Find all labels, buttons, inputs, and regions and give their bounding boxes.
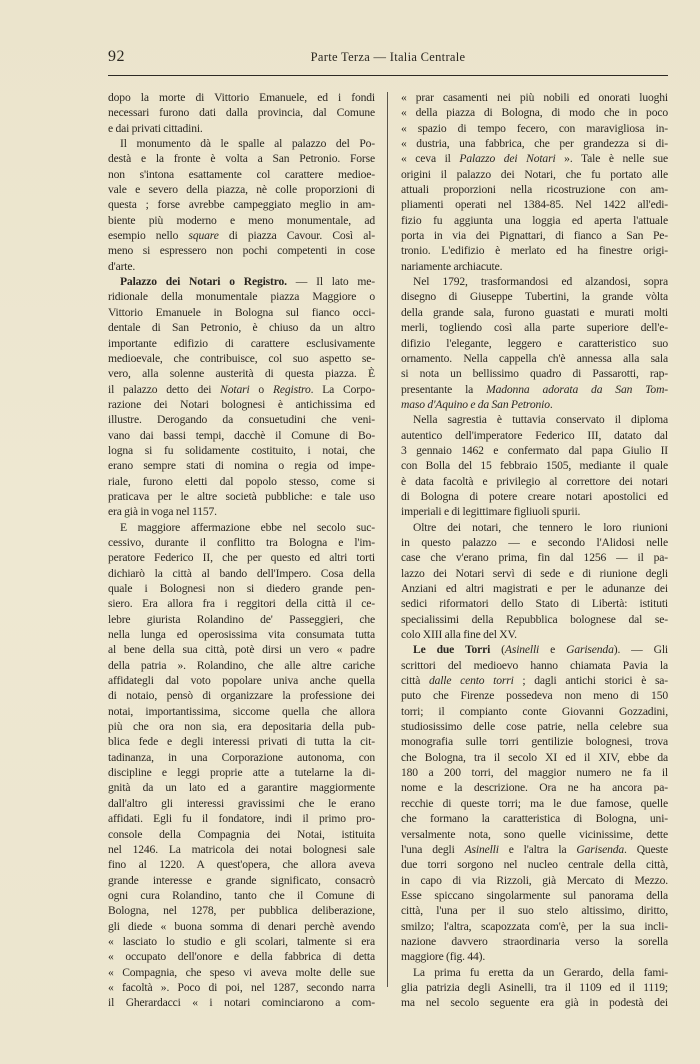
text-line: ornamento. Nella cappella ch'è annessa a… bbox=[401, 351, 668, 366]
text-line: città, l'una per il suo stelo altissimo,… bbox=[401, 903, 668, 918]
text-line: praticava per le altre società pubbliche… bbox=[108, 489, 375, 504]
text-line: è data facoltà e privilegio al correttor… bbox=[401, 474, 668, 489]
text-line: console della Compagnia dei Notai, istit… bbox=[108, 827, 375, 842]
text-line: Le due Torri (Asinelli e Garisenda). — G… bbox=[401, 642, 668, 657]
text-line: La prima fu eretta da un Gerardo, della … bbox=[401, 965, 668, 980]
text-line: recchie di queste torri; ma le due famos… bbox=[401, 796, 668, 811]
text-line: logna si fu solidamente costituito, i no… bbox=[108, 443, 375, 458]
text-line: affidati. Egli fu il fondatore, indi il … bbox=[108, 811, 375, 826]
text-line: Esse spiccano singolarmente sul panorama… bbox=[401, 888, 668, 903]
text-line: peratore Federico II, che per questo ed … bbox=[108, 550, 375, 565]
text-line: nella lunga ed operosissima vita consuma… bbox=[108, 627, 375, 642]
text-line: « Compagnia, che speso vi aveva molte de… bbox=[108, 965, 375, 980]
text-line: due torri sorgono nel nucleo centrale de… bbox=[401, 857, 668, 872]
text-line: maggiore (fig. 44). bbox=[401, 949, 668, 964]
header-rule bbox=[108, 75, 668, 76]
text-line: porta in via dei Pignattari, di fianco a… bbox=[401, 228, 668, 243]
text-line: grande interesse e grande significato, c… bbox=[108, 873, 375, 888]
text-line: città dalle cento torri ; dagli antichi … bbox=[401, 673, 668, 688]
left-column: dopo la morte di Vittorio Emanuele, ed i… bbox=[108, 90, 375, 1011]
text-line: « prar casamenti nei più nobili ed onora… bbox=[401, 90, 668, 105]
text-line: meno si espressero non pochi competenti … bbox=[108, 243, 375, 258]
text-line: dentale di San Petronio, è chiuso da un … bbox=[108, 320, 375, 335]
text-line: nazione davvero straordinaria verso la s… bbox=[401, 934, 668, 949]
text-line: disegno di Giuseppe Tubertini, la grande… bbox=[401, 289, 668, 304]
text-line: fino al 1220. A quest'opera, che allora … bbox=[108, 857, 375, 872]
text-line: cessivo, durante il conflitto tra Bologn… bbox=[108, 535, 375, 550]
text-line: di Bologna di potere creare notari apost… bbox=[401, 489, 668, 504]
text-line: « occupato dell'onore e della fabbrica d… bbox=[108, 949, 375, 964]
text-line: quale i Bolognesi non si diedero grande … bbox=[108, 581, 375, 596]
text-line: pliamenti operati nel 1384-85. Nel 1422 … bbox=[401, 197, 668, 212]
text-line: erano sempre stati di nomina o regia od … bbox=[108, 458, 375, 473]
text-line: difizio l'elegante, leggero e caratteris… bbox=[401, 336, 668, 351]
text-line: Palazzo dei Notari o Registro. — Il lato… bbox=[108, 274, 375, 289]
text-line: importante edifizio di carattere esclusi… bbox=[108, 336, 375, 351]
text-line: E maggiore affermazione ebbe nel secolo … bbox=[108, 520, 375, 535]
text-line: gnità da un lato ed a garantire maggiorm… bbox=[108, 780, 375, 795]
text-line: puto che Firenze possedeva non meno di 1… bbox=[401, 688, 668, 703]
text-line: discipline e leggi proprie atte a tutela… bbox=[108, 765, 375, 780]
text-line: affidategli dal voto popolare univa anch… bbox=[108, 673, 375, 688]
text-line: scrittori del medioevo hanno chiamata Pa… bbox=[401, 658, 668, 673]
text-line: in questo palazzo — e secondo l'Alidosi … bbox=[401, 535, 668, 550]
running-header: 92 Parte Terza — Italia Centrale bbox=[108, 48, 668, 70]
text-line: lazzo dei Notari servì di sede e di riun… bbox=[401, 566, 668, 581]
text-line: destà e la fronte è volta a San Petronio… bbox=[108, 151, 375, 166]
text-line: « dustria, una fabbrica, che per grandez… bbox=[401, 136, 668, 151]
running-title: Parte Terza — Italia Centrale bbox=[108, 50, 668, 65]
text-line: monografia sulle torri gentilizie bologn… bbox=[401, 734, 668, 749]
text-line: notai, importantissima, siccome quella c… bbox=[108, 704, 375, 719]
text-line: nariamente archiacute. bbox=[401, 259, 668, 274]
text-line: presentante la Madonna adorata da San To… bbox=[401, 382, 668, 397]
text-line: attuali proporzioni nella ricostruzione … bbox=[401, 182, 668, 197]
text-line: nome e la descrizione. Ora ne ha ancora … bbox=[401, 780, 668, 795]
text-line: torri; il compianto conte Giovanni Gozza… bbox=[401, 704, 668, 719]
text-line: Anziani ed altri magistrati e per le adu… bbox=[401, 581, 668, 596]
text-line: che Bologna, tra il secolo XI ed il XIV,… bbox=[401, 750, 668, 765]
text-line: era già in voga nel 1157. bbox=[108, 504, 375, 519]
text-line: vale e severo della piazza, nè colle pro… bbox=[108, 182, 375, 197]
text-line: tronio. L'edifizio è merlato ed ha fines… bbox=[401, 243, 668, 258]
text-line: 180 a 200 torri, del maggior numero ne f… bbox=[401, 765, 668, 780]
text-columns: dopo la morte di Vittorio Emanuele, ed i… bbox=[108, 90, 668, 1011]
text-line: autentico dell'imperatore Federico III, … bbox=[401, 428, 668, 443]
text-line: d'arte. bbox=[108, 259, 375, 274]
text-line: razione dei Notari bolognesi è antichiss… bbox=[108, 397, 375, 412]
text-line: specialissimi della Repubblica bolognese… bbox=[401, 612, 668, 627]
text-line: « spazio di tempo fecero, con maraviglio… bbox=[401, 121, 668, 136]
column-divider bbox=[387, 92, 388, 987]
text-line: blica fede e degli interessi privati di … bbox=[108, 734, 375, 749]
text-line: Nella sagrestia è tuttavia conservato il… bbox=[401, 412, 668, 427]
text-line: si nota un bellissimo quadro di Passarot… bbox=[401, 366, 668, 381]
text-line: 3 gennaio 1462 e confermato dal papa Giu… bbox=[401, 443, 668, 458]
text-line: « della piazza di Bologna, di modo che i… bbox=[401, 105, 668, 120]
text-line: che formano la caratteristica di Bologna… bbox=[401, 811, 668, 826]
text-line: Vittorio Emanuele in Bologna sul fianco … bbox=[108, 305, 375, 320]
text-line: medioevale, che contribuisce, col suo as… bbox=[108, 351, 375, 366]
text-line: lebre giurista Rolandino de' Passeggieri… bbox=[108, 612, 375, 627]
text-line: necessari furono dati dalla provincia, d… bbox=[108, 105, 375, 120]
text-line: di notaio, pensò di organizzare la profe… bbox=[108, 688, 375, 703]
text-line: esempio nello square di piazza Cavour. C… bbox=[108, 228, 375, 243]
text-line: maso d'Aquino e da San Petronio. bbox=[401, 397, 668, 412]
text-line: ogni cura Rolandino, tanto che il Comune… bbox=[108, 888, 375, 903]
text-line: biente più moderno e meno monumentale, a… bbox=[108, 213, 375, 228]
text-line: Nel 1792, trasformandosi ed alzandosi, s… bbox=[401, 274, 668, 289]
text-line: studiosissimo delle cose patrie, nella c… bbox=[401, 719, 668, 734]
text-line: origini il palazzo dei Notari, che fu po… bbox=[401, 167, 668, 182]
text-line: nel 1246. La matricola dei notai bologne… bbox=[108, 842, 375, 857]
text-line: « lasciato lo studio e gli scolari, talm… bbox=[108, 934, 375, 949]
text-line: non s'intona esattamente col carattere m… bbox=[108, 167, 375, 182]
text-line: « ceva il Palazzo dei Notari ». Tale è n… bbox=[401, 151, 668, 166]
text-line: l'una degli Asinelli e l'altra la Garise… bbox=[401, 842, 668, 857]
text-line: imperiali e di legittimare figliuoli spu… bbox=[401, 504, 668, 519]
text-line: ridionale della monumentale piazza Maggi… bbox=[108, 289, 375, 304]
text-line: il Gherardacci « i notari cominciarono a… bbox=[108, 995, 375, 1010]
text-line: dall'altro gli interessi gravissimi che … bbox=[108, 796, 375, 811]
text-line: merli, togliendo così alla parte superio… bbox=[401, 320, 668, 335]
text-line: della grande sala, furono guastati e mur… bbox=[401, 305, 668, 320]
text-line: il palazzo detto dei Notari o Registro. … bbox=[108, 382, 375, 397]
text-line: questa ; forse avrebbe campeggiato megli… bbox=[108, 197, 375, 212]
text-line: vano dai bassi tempi, dacchè il Comune d… bbox=[108, 428, 375, 443]
text-line: vero, alla solenne austerità di questa p… bbox=[108, 366, 375, 381]
text-line: riale, furono eletti dal popolo stesso, … bbox=[108, 474, 375, 489]
text-line: ma nel secolo seguente era già in podest… bbox=[401, 995, 668, 1010]
text-line: smilzo; l'altra, scapozzata com'è, per l… bbox=[401, 919, 668, 934]
text-line: in capo di via Rizzoli, già Mercato di M… bbox=[401, 873, 668, 888]
text-line: sedici riformatori dello Stato di Libert… bbox=[401, 596, 668, 611]
text-line: Il monumento dà le spalle al palazzo del… bbox=[108, 136, 375, 151]
text-line: dopo la morte di Vittorio Emanuele, ed i… bbox=[108, 90, 375, 105]
text-line: tadinanza, in una Corporazione autonoma,… bbox=[108, 750, 375, 765]
text-line: della patria ». Rolandino, che alle altr… bbox=[108, 658, 375, 673]
text-line: gli diede « buona somma di denari perchè… bbox=[108, 919, 375, 934]
book-page: 92 Parte Terza — Italia Centrale dopo la… bbox=[108, 48, 668, 70]
text-line: al bene della sua città, potè dirsi un v… bbox=[108, 642, 375, 657]
text-line: siero. Era allora fra i reggitori della … bbox=[108, 596, 375, 611]
text-line: case che v'erano prima, fin dal 1256 — i… bbox=[401, 550, 668, 565]
text-line: Bologna, nel 1278, per pubblica delibera… bbox=[108, 903, 375, 918]
text-line: e dai privati cittadini. bbox=[108, 121, 375, 136]
text-line: con Bolla del 15 febbraio 1505, mediante… bbox=[401, 458, 668, 473]
text-line: illustre. Derogando da consuetudini che … bbox=[108, 412, 375, 427]
text-line: più che ora non sia, era depositaria del… bbox=[108, 719, 375, 734]
text-line: Oltre dei notari, che tennero le loro ri… bbox=[401, 520, 668, 535]
text-line: fizio fu aggiunta una loggia ed aperta l… bbox=[401, 213, 668, 228]
text-line: versalmente nota, sono quelle vicinissim… bbox=[401, 827, 668, 842]
text-line: « facoltà ». Poco di poi, nel 1287, seco… bbox=[108, 980, 375, 995]
text-line: dichiarò la città al bando dell'Impero. … bbox=[108, 566, 375, 581]
text-line: glia patrizia degli Asinelli, tra il 110… bbox=[401, 980, 668, 995]
right-column: « prar casamenti nei più nobili ed onora… bbox=[401, 90, 668, 1011]
text-line: colo XIII alla fine del XV. bbox=[401, 627, 668, 642]
